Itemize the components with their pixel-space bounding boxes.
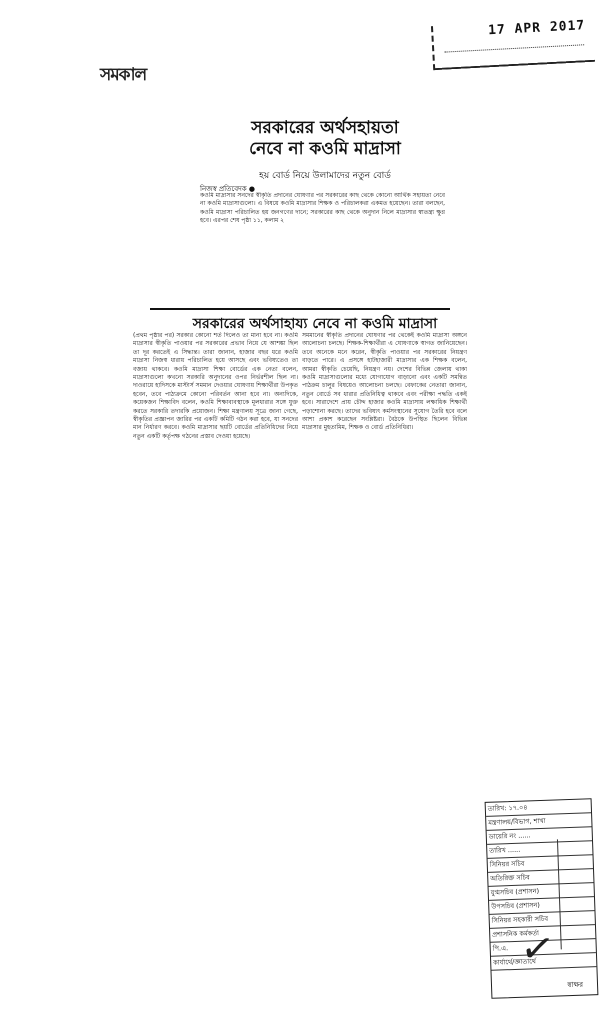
main-article-column-left: (প্রথম পৃষ্ঠার পর) সরকার কোনো শর্ত দিলেও… xyxy=(133,332,298,822)
main-article-column-right: সমমানের স্বীকৃতি প্রদানের ঘোষণার পর থেকে… xyxy=(302,332,467,800)
top-article-subheadline: হয় বোর্ড নিয়ে উলামাদের নতুন বোর্ড xyxy=(205,168,445,183)
newspaper-masthead: সমকাল xyxy=(100,62,146,90)
headline-line-2: নেবে না কওমি মাদ্রাসা xyxy=(220,139,430,160)
headline-line-1: সরকারের অর্থসহায়তা xyxy=(220,118,430,139)
check-mark-icon: ✓ xyxy=(518,924,558,974)
received-date-stamp: 17 APR 2017 xyxy=(431,18,595,70)
top-article-body: কওমি মাদ্রাসার সনদের স্বীকৃতি প্রদানের ঘ… xyxy=(200,192,445,300)
stamp-dotted-line xyxy=(444,44,584,52)
signature-label: স্বাক্ষর xyxy=(567,979,583,992)
section-divider xyxy=(150,308,450,310)
top-article-headline: সরকারের অর্থসহায়তা নেবে না কওমি মাদ্রাস… xyxy=(220,118,430,161)
routing-slip: তারিখ: ১৭.০৪মন্ত্রণালয়/বিভাগ, শাখাডায়ে… xyxy=(485,798,599,999)
stamp-date: 17 APR 2017 xyxy=(488,18,586,38)
